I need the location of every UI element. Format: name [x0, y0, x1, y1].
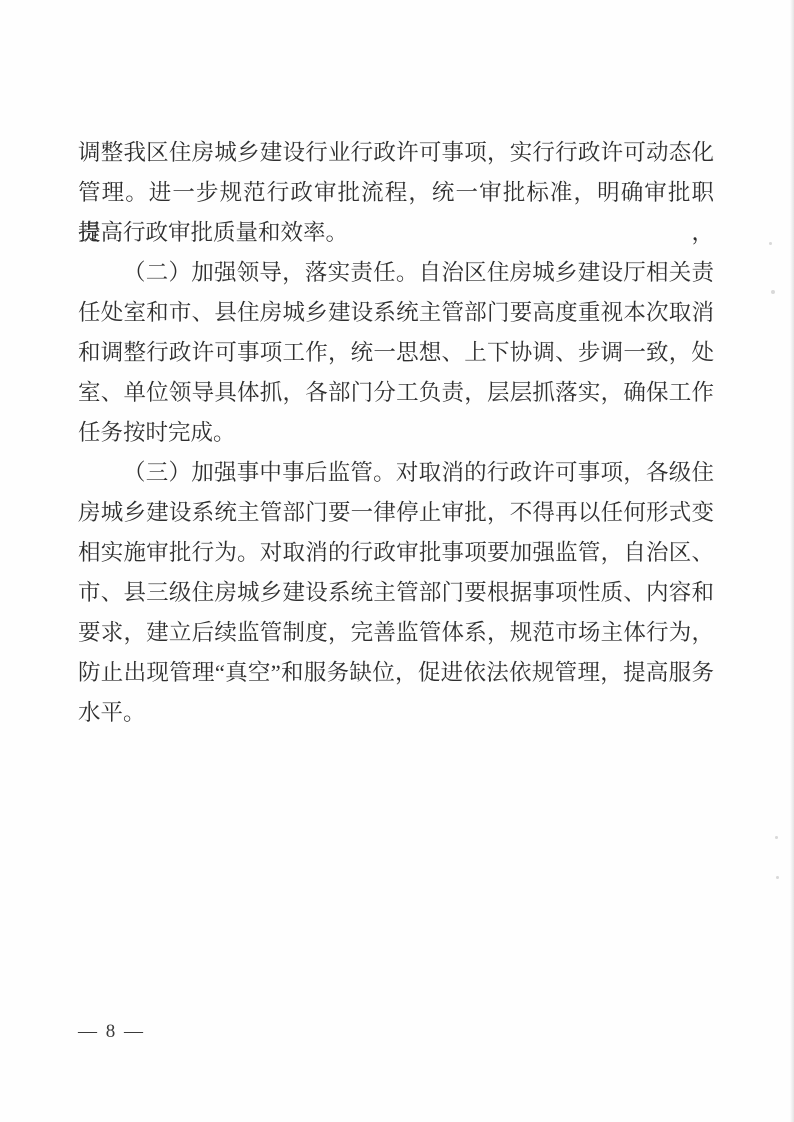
scan-speckle: [769, 242, 772, 245]
paragraph: 调整我区住房城乡建设行业行政许可事项，实行行政许可动态化管理。进一步规范行政审批…: [78, 133, 714, 253]
text-line: 室、单位领导具体抓，各部门分工负责，层层抓落实，确保工作: [78, 373, 714, 413]
scan-speckle: [776, 876, 779, 879]
scan-edge-artifact: [790, 0, 794, 1122]
scan-speckle: [771, 290, 775, 294]
document-page: 调整我区住房城乡建设行业行政许可事项，实行行政许可动态化管理。进一步规范行政审批…: [0, 0, 794, 1122]
paragraph: （二）加强领导，落实责任。自治区住房城乡建设厅相关责任处室和市、县住房城乡建设系…: [78, 253, 714, 453]
text-line: 任务按时完成。: [78, 413, 714, 453]
text-line: （二）加强领导，落实责任。自治区住房城乡建设厅相关责: [78, 253, 714, 293]
text-line: （三）加强事中事后监管。对取消的行政许可事项，各级住: [78, 453, 714, 493]
scan-speckle: [775, 836, 778, 839]
document-body: 调整我区住房城乡建设行业行政许可事项，实行行政许可动态化管理。进一步规范行政审批…: [78, 133, 714, 733]
text-line: 要求，建立后续监管制度，完善监管体系，规范市场主体行为，: [78, 613, 714, 653]
text-line: 任处室和市、县住房城乡建设系统主管部门要高度重视本次取消: [78, 293, 714, 333]
text-line: 水平。: [78, 693, 714, 733]
text-line: 市、县三级住房城乡建设系统主管部门要根据事项性质、内容和: [78, 573, 714, 613]
text-line: 防止出现管理“真空”和服务缺位，促进依法依规管理，提高服务: [78, 653, 714, 693]
paragraph: （三）加强事中事后监管。对取消的行政许可事项，各级住房城乡建设系统主管部门要一律…: [78, 453, 714, 733]
text-line: 房城乡建设系统主管部门要一律停止审批，不得再以任何形式变: [78, 493, 714, 533]
text-line: 管理。进一步规范行政审批流程，统一审批标准，明确审批职责，: [78, 173, 714, 213]
page-number: — 8 —: [78, 1018, 145, 1046]
text-line: 和调整行政许可事项工作，统一思想、上下协调、步调一致，处: [78, 333, 714, 373]
text-line: 调整我区住房城乡建设行业行政许可事项，实行行政许可动态化: [78, 133, 714, 173]
text-line: 相实施审批行为。对取消的行政审批事项要加强监管，自治区、: [78, 533, 714, 573]
